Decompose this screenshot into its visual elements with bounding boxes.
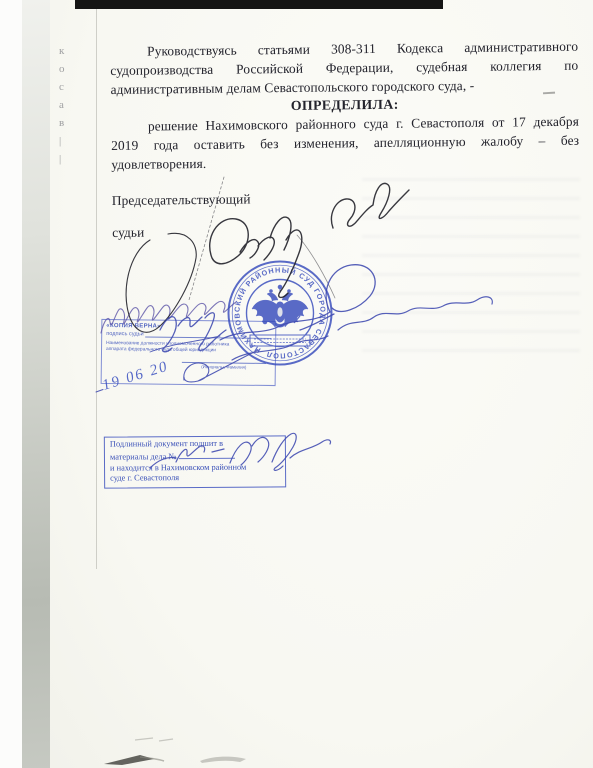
margin-letter-fragments: к о с а в | |	[59, 46, 65, 165]
copy-certified-stamp: «КОПИЯ ВЕРНА» подпись судьи Наименование…	[101, 319, 277, 386]
margin-letter: с	[59, 82, 65, 93]
margin-letter: к	[59, 46, 65, 57]
margin-letter: в	[59, 118, 65, 129]
margin-letter: о	[59, 64, 65, 75]
signature-blank-line	[146, 330, 272, 339]
filing-stamp-line2: материалы дела №	[110, 449, 280, 463]
filing-stamp-line4: суде г. Севастополя	[110, 473, 280, 485]
margin-letter: а	[59, 100, 65, 111]
document-body: Руководствуясь статьями 308-311 Кодекса …	[110, 38, 580, 243]
copy-stamp-position-line2: аппарата федерального суда общей юрисдик…	[106, 347, 271, 355]
filing-stamp: Подлинный документ подшит в материалы де…	[104, 435, 286, 488]
scanned-court-document: к о с а в | | Руководствуясь статьями 30…	[0, 0, 593, 768]
margin-letter: |	[59, 136, 65, 147]
margin-letter: |	[59, 154, 65, 165]
under-sheet-edge-line	[96, 9, 97, 569]
copy-stamp-signature-label: подпись судьи	[106, 331, 143, 337]
copy-stamp-signature-row: подпись судьи	[106, 330, 271, 339]
scan-top-black-bar	[75, 0, 443, 9]
copy-stamp-initials-caption: (Инициалы, Фамилия)	[182, 362, 266, 370]
presiding-judge-label: Председательствующий	[112, 186, 580, 210]
case-number-blank-line	[178, 450, 234, 459]
filing-stamp-case-label: материалы дела №	[110, 452, 177, 461]
